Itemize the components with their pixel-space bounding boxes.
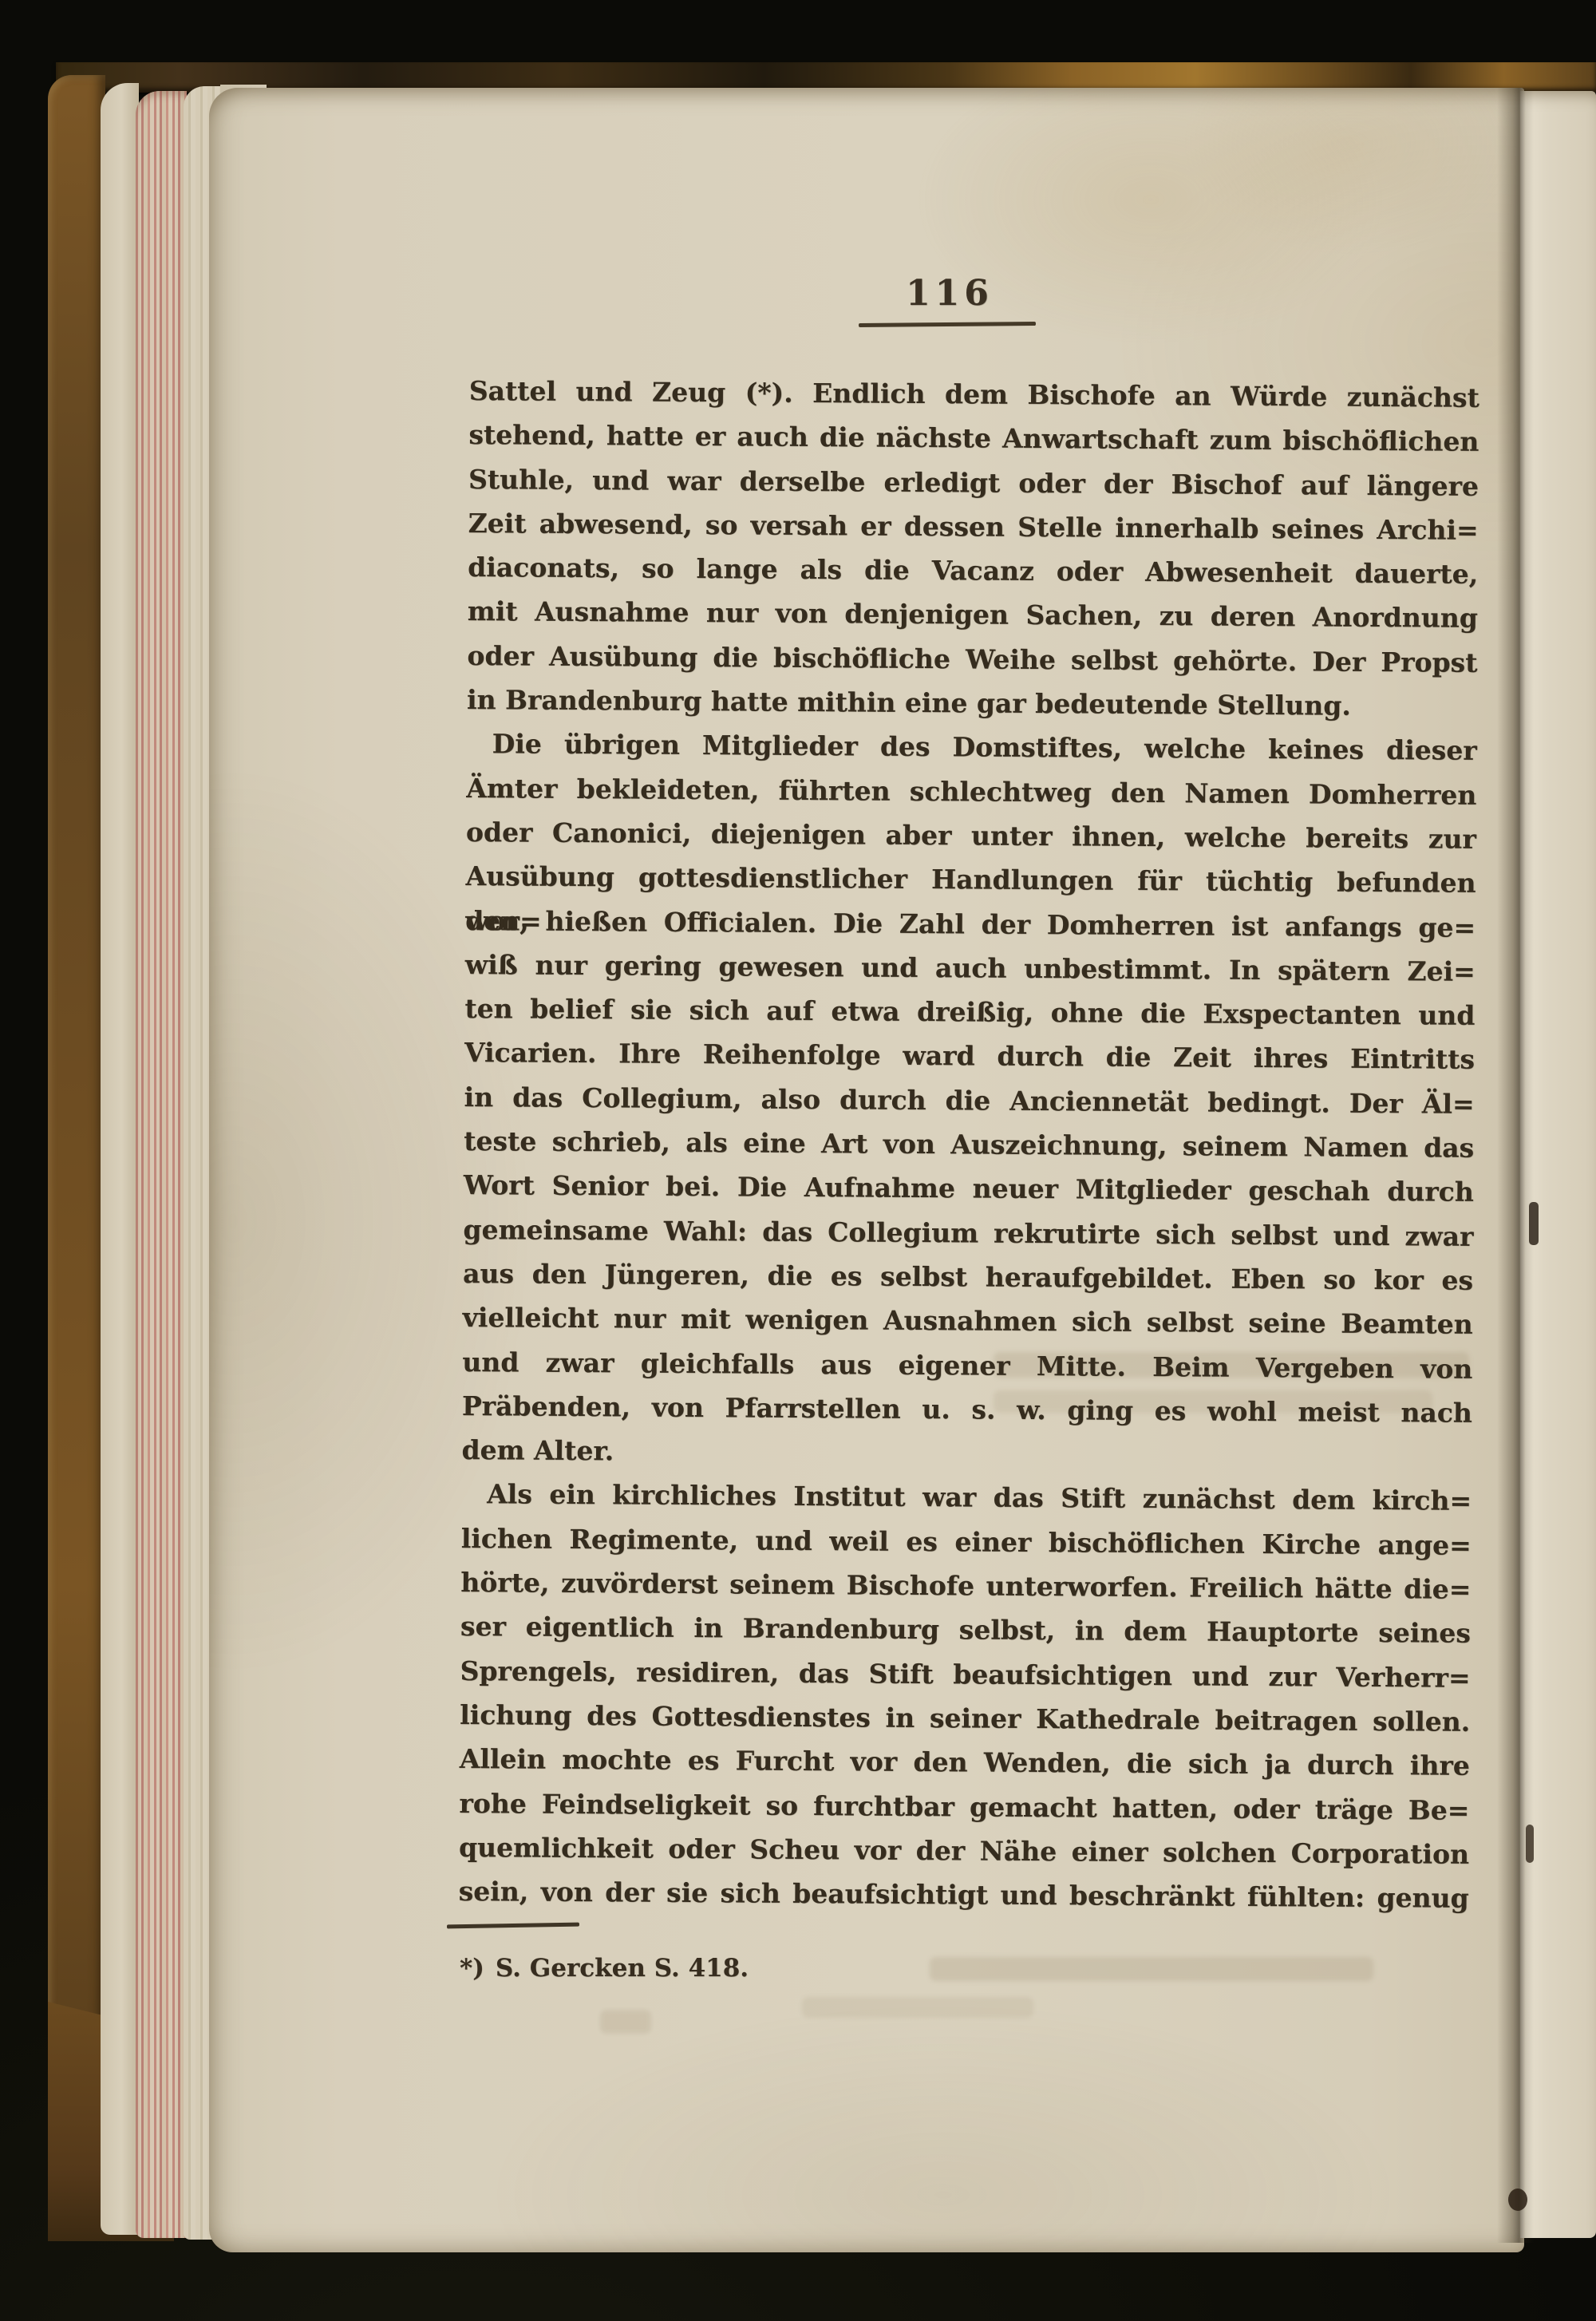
text-line: in das Collegium, also durch die Ancienn… [464,1075,1474,1126]
page-edge-mark [1529,1202,1539,1245]
text-line: stehend, hatte er auch die nächste Anwar… [468,413,1479,464]
text-line: Wort Senior bei. Die Aufnahme neuer Mitg… [464,1163,1474,1214]
page-edges-pink [136,91,187,2238]
text-line: Sprengels, residiren, das Stift beaufsic… [460,1649,1470,1700]
leather-spine-edge [48,75,105,2232]
text-line: in Brandenburg hatte mithin eine gar bed… [467,678,1477,729]
text-line: quemlichkeit oder Scheu vor der Nähe ein… [459,1825,1469,1876]
text-line: Ämter bekleideten, führten schlechtweg d… [466,766,1476,817]
text-line: ten belief sie sich auf etwa dreißig, oh… [464,987,1475,1038]
bleed-through-smudge [600,2010,651,2034]
text-line: dem Alter. [461,1428,1472,1479]
text-line: sein, von der sie sich beaufsichtigt und… [458,1869,1468,1920]
text-line: diaconats, so lange als die Vacanz oder … [468,545,1478,596]
bleed-through-smudge [930,1957,1373,1981]
text-line: oder Canonici, diejenigen aber unter ihn… [466,810,1476,861]
text-line: den, hießen Officialen. Die Zahl der Dom… [465,899,1476,950]
page-edges-cream [101,83,139,2235]
text-line: ser eigentlich in Brandenburg selbst, in… [460,1604,1471,1655]
page-edge-mark [1508,2189,1527,2211]
text-line: Präbenden, von Pfarrstellen u. s. w. gin… [462,1384,1472,1435]
text-line: Als ein kirchliches Institut war das Sti… [461,1472,1472,1523]
text-line: aus den Jüngeren, die es selbst heraufge… [463,1251,1473,1303]
page-edge-stack [48,70,219,2244]
text-line: Sattel und Zeug (*). Endlich dem Bischof… [469,369,1479,420]
bleed-through-smudge [802,1997,1033,2018]
body-text: Sattel und Zeug (*). Endlich dem Bischof… [458,369,1479,1920]
text-line: oder Ausübung die bischöfliche Weihe sel… [467,634,1477,685]
page-right-fold-shadow [1497,88,1534,2243]
page-number: 116 [830,273,1069,314]
footnote-text: S. Gercken S. 418. [496,1954,749,1983]
text-line: lichung des Gottesdienstes in seiner Kat… [460,1693,1470,1744]
text-line: gemeinsame Wahl: das Collegium rekrutirt… [463,1208,1473,1259]
text-line: Stuhle, und war derselbe erledigt oder d… [468,457,1479,508]
text-line: lichen Regimente, und weil es einer bisc… [461,1516,1472,1568]
text-line: rohe Feindseligkeit so furchtbar gemacht… [459,1781,1469,1832]
footnote: *)S. Gercken S. 418. [460,1952,938,1984]
footnote-marker: *) [460,1954,484,1983]
text-line: Zeit abwesend, so versah er dessen Stell… [468,501,1478,552]
page-edge-mark [1526,1825,1534,1863]
text-line: teste schrieb, als eine Art von Auszeich… [464,1119,1474,1170]
text-line: mit Ausnahme nur von denjenigen Sachen, … [468,589,1478,640]
text-line: und zwar gleichfalls aus eigener Mitte. … [462,1340,1472,1391]
text-line: Allein mochte es Furcht vor den Wenden, … [460,1737,1470,1788]
text-line: vielleicht nur mit wenigen Ausnahmen sic… [463,1295,1473,1346]
text-line: Vicarien. Ihre Reihenfolge ward durch di… [464,1030,1475,1081]
text-line: Die übrigen Mitglieder des Domstiftes, w… [467,722,1477,773]
text-line: Ausübung gottesdienstlicher Handlungen f… [465,854,1476,905]
book-scan-photo: 116 Sattel und Zeug (*). Endlich dem Bis… [0,0,1596,2321]
text-line: wiß nur gering gewesen und auch unbestim… [465,943,1476,994]
text-line: hörte, zuvörderst seinem Bischofe unterw… [460,1560,1471,1611]
